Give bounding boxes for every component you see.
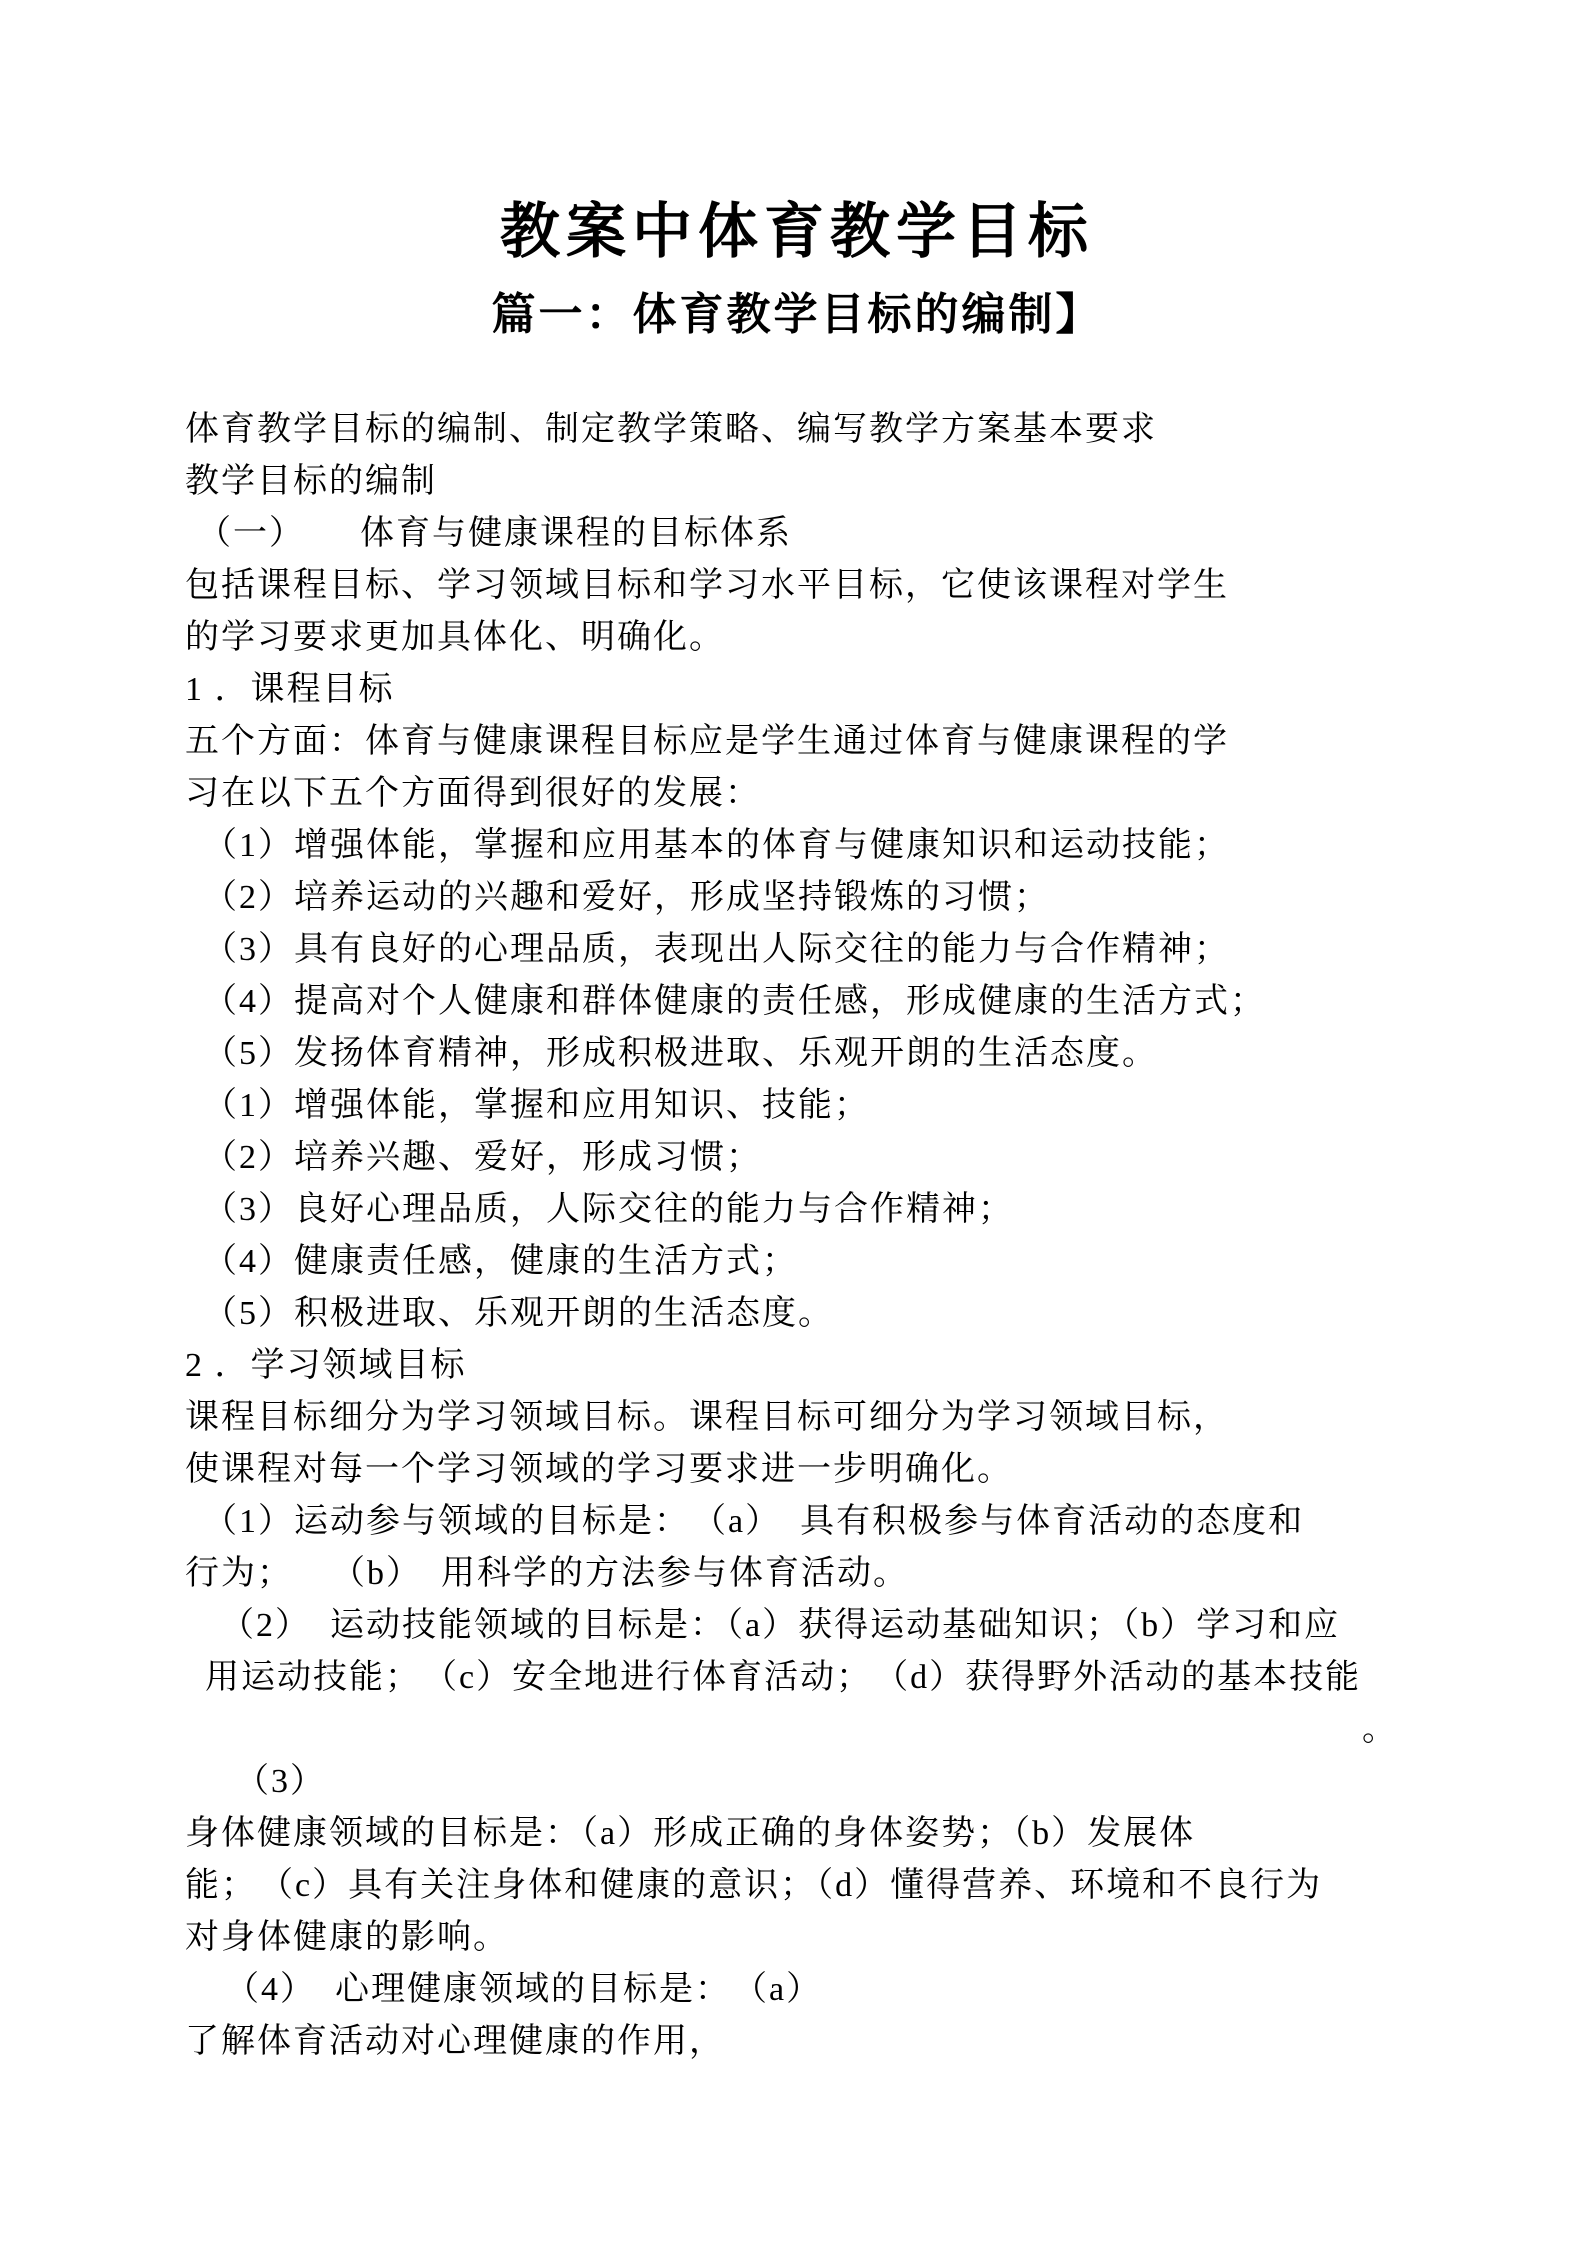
text-line: （3）具有良好的心理品质，表现出人际交往的能力与合作精神； <box>185 924 1494 976</box>
text-line: 使课程对每一个学习领域的学习要求进一步明确化。 <box>185 1444 1494 1496</box>
document-body: 体育教学目标的编制、制定教学策略、编写教学方案基本要求教学目标的编制（一） 体育… <box>185 404 1494 2068</box>
text-line: （一） 体育与健康课程的目标体系 <box>185 508 1494 560</box>
document-subtitle: 篇一：体育教学目标的编制】 <box>0 290 1594 340</box>
text-line: （1）增强体能，掌握和应用知识、技能； <box>185 1080 1494 1132</box>
text-line: （4）提高对个人健康和群体健康的责任感，形成健康的生活方式； <box>185 976 1494 1028</box>
text-line: 的学习要求更加具体化、明确化。 <box>185 612 1494 664</box>
document-title: 教案中体育教学目标 <box>0 0 1594 264</box>
text-line: 教学目标的编制 <box>185 456 1494 508</box>
text-line: （2） 运动技能领域的目标是：（a）获得运动基础知识；（b）学习和应 <box>185 1600 1494 1652</box>
text-line: 课程目标细分为学习领域目标。课程目标可细分为学习领域目标， <box>185 1392 1494 1444</box>
document-page: 教案中体育教学目标 篇一：体育教学目标的编制】 体育教学目标的编制、制定教学策略… <box>0 0 1594 2256</box>
text-line: 用运动技能； （c）安全地进行体育活动； （d）获得野外活动的基本技能 <box>185 1652 1494 1704</box>
text-line: 体育教学目标的编制、制定教学策略、编写教学方案基本要求 <box>185 404 1494 456</box>
text-line: 习在以下五个方面得到很好的发展： <box>185 768 1494 820</box>
text-line: （3） <box>185 1756 1494 1808</box>
text-line: 五个方面：体育与健康课程目标应是学生通过体育与健康课程的学 <box>185 716 1494 768</box>
text-line: （3）良好心理品质，人际交往的能力与合作精神； <box>185 1184 1494 1236</box>
text-line: 了解体育活动对心理健康的作用， <box>185 2016 1494 2068</box>
text-line: 能； （c）具有关注身体和健康的意识；（d）懂得营养、环境和不良行为 <box>185 1860 1494 1912</box>
text-line: （4）健康责任感，健康的生活方式； <box>185 1236 1494 1288</box>
text-line: 包括课程目标、学习领域目标和学习水平目标，它使该课程对学生 <box>185 560 1494 612</box>
text-line: （1）增强体能，掌握和应用基本的体育与健康知识和运动技能； <box>185 820 1494 872</box>
text-line: （4） 心理健康领域的目标是： （a） <box>185 1964 1494 2016</box>
text-line: （5）积极进取、乐观开朗的生活态度。 <box>185 1288 1494 1340</box>
text-line: （2）培养运动的兴趣和爱好，形成坚持锻炼的习惯； <box>185 872 1494 924</box>
text-line: 行为； （b） 用科学的方法参与体育活动。 <box>185 1548 1494 1600</box>
text-line: 。 <box>185 1704 1494 1756</box>
text-line: （5）发扬体育精神，形成积极进取、乐观开朗的生活态度。 <box>185 1028 1494 1080</box>
text-line: （2）培养兴趣、爱好，形成习惯； <box>185 1132 1494 1184</box>
text-line: 身体健康领域的目标是：（a）形成正确的身体姿势；（b）发展体 <box>185 1808 1494 1860</box>
text-line: 1 ．课程目标 <box>185 664 1494 716</box>
text-line: （1）运动参与领域的目标是： （a） 具有积极参与体育活动的态度和 <box>185 1496 1494 1548</box>
text-line: 对身体健康的影响。 <box>185 1912 1494 1964</box>
text-line: 2 ．学习领域目标 <box>185 1340 1494 1392</box>
